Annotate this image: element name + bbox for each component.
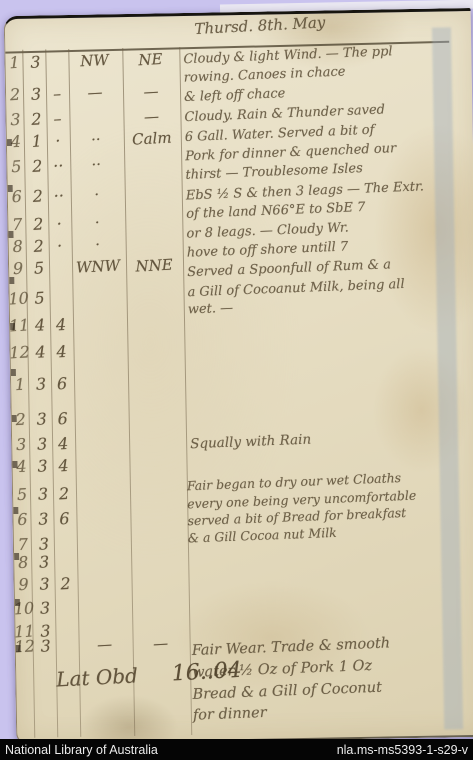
remark-line: 6 Gall. Water. Served a bit of: [185, 122, 375, 144]
remark-line: for dinner: [193, 705, 267, 724]
latitude-label: Lat Obd: [56, 663, 139, 691]
log-cell-w: WNW: [71, 256, 126, 277]
log-cell-k: 3: [33, 509, 54, 529]
log-cell-k: 3: [35, 598, 56, 618]
remark-line: Cloudy. Rain & Thunder saved: [184, 103, 385, 126]
log-cell-f: 4: [52, 456, 75, 476]
log-cell-f: –: [46, 84, 69, 104]
log-cell-k: 4: [30, 315, 51, 335]
log-cell-f: ·: [48, 214, 71, 234]
remark-line: wet. —: [188, 301, 234, 318]
log-cell-k: 2: [27, 156, 48, 176]
log-cell-f: ··: [47, 156, 70, 176]
log-cell-c: —: [122, 106, 181, 127]
log-cell-w: —: [77, 634, 132, 655]
log-cell-k: 2: [26, 109, 47, 129]
log-cell-f: 2: [53, 484, 76, 504]
log-cell-w: ·: [69, 184, 124, 205]
remark-line: or 8 leags. — Cloudy Wr.: [186, 220, 349, 241]
log-cell-k: 2: [28, 214, 49, 234]
log-cell-w: ··: [69, 154, 124, 175]
log-cell-c: NNE: [125, 255, 184, 276]
log-cell-k: 3: [26, 84, 47, 104]
remark-line: Pork for dinner & quenched our: [185, 141, 397, 164]
log-cell-w: NW: [67, 50, 122, 71]
log-cell-c: Calm: [122, 128, 181, 149]
log-cell-k: 3: [32, 456, 53, 476]
remark-line: Fair Wear. Trade & smooth: [191, 635, 390, 659]
log-cell-k: 2: [28, 236, 49, 256]
binding-tape: [432, 27, 463, 729]
remark-line: Served a Spoonfull of Rum & a: [187, 258, 391, 281]
log-cell-k: 3: [32, 434, 53, 454]
manuscript-page: Thursd. 8th. May 13NWNE23–——32–—41···Cal…: [4, 8, 473, 745]
log-cell-k: 5: [29, 258, 50, 278]
log-cell-k: 1: [26, 131, 47, 151]
column-rule: [122, 48, 135, 736]
log-cell-k: 3: [25, 52, 46, 72]
log-cell-c: —: [122, 81, 181, 102]
log-cell-f: 6: [51, 374, 74, 394]
remark-line: & a Gill Cocoa nut Milk: [188, 524, 337, 545]
log-cell-k: 3: [34, 574, 55, 594]
log-cell-f: ·: [48, 236, 71, 256]
log-cell-w: ·: [70, 212, 125, 233]
log-cell-f: 4: [50, 342, 73, 362]
remark-line: & left off chace: [184, 86, 286, 105]
log-cell-f: 6: [51, 409, 74, 429]
remark-line: hove to off shore untill 7: [187, 239, 349, 260]
log-cell-f: ·: [46, 131, 69, 151]
remark-line: EbS ½ S & then 3 leags — The Extr.: [186, 179, 425, 203]
catalog-id: nla.ms-ms5393-1-s29-v: [337, 743, 468, 757]
log-cell-f: –: [46, 109, 69, 129]
remark-line: thirst — Troublesome Isles: [185, 161, 363, 183]
log-cell-k: 4: [30, 342, 51, 362]
latitude-value: 16..04: [171, 658, 242, 687]
log-cell-k: 3: [35, 636, 56, 656]
viewer-footer: National Library of Australia nla.ms-ms5…: [0, 739, 473, 760]
log-cell-k: 2: [27, 186, 48, 206]
log-cell-c: NE: [121, 49, 180, 70]
log-cell-w: —: [68, 82, 123, 103]
remark-line: a Gill of Cocoanut Milk, being all: [187, 277, 405, 300]
library-credit: National Library of Australia: [5, 743, 158, 757]
column-rule: [68, 49, 81, 737]
log-cell-f: ··: [47, 186, 70, 206]
log-cell-k: 3: [33, 484, 54, 504]
page-heading: Thursd. 8th. May: [175, 12, 346, 39]
log-cell-k: 3: [31, 409, 52, 429]
log-cell-f: 4: [52, 434, 75, 454]
log-cell-c: —: [131, 633, 190, 654]
log-cell-k: 3: [34, 552, 55, 572]
scanned-page-viewer: Thursd. 8th. May 13NWNE23–——32–—41···Cal…: [0, 0, 473, 760]
remark-line: of the land N66°E to SbE 7: [186, 200, 366, 222]
log-cell-f: 2: [54, 574, 77, 594]
log-cell-k: 3: [33, 534, 54, 554]
log-cell-f: 6: [53, 509, 76, 529]
log-cell-w: ·: [70, 234, 125, 255]
log-cell-w: ··: [68, 129, 123, 150]
log-cell-k: 5: [29, 288, 50, 308]
log-cell-f: 4: [50, 315, 73, 335]
log-cell-k: 3: [31, 374, 52, 394]
remark-line: Squally with Rain: [190, 432, 312, 453]
remark-line: rowing. Canoes in chace: [184, 65, 346, 86]
